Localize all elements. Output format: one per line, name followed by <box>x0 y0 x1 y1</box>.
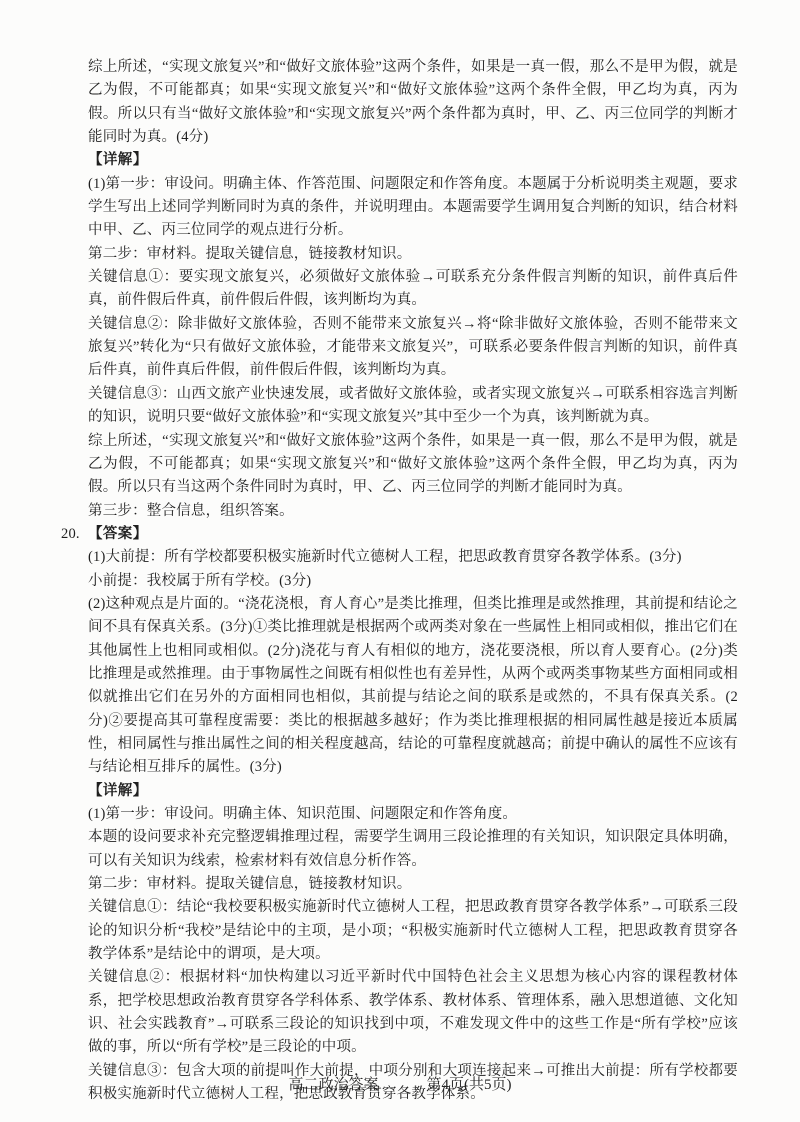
detail-label-q20: 【详解】 <box>88 780 738 803</box>
paragraph-q20-step2: 第二步：审材料。提取关键信息，链接教材知识。 <box>88 873 738 896</box>
paragraph-q19-keyinfo-1: 关键信息①：要实现文旅复兴，必须做好文旅体验→可联系充分条件假言判断的知识，前件… <box>88 266 738 313</box>
document-page: 综上所述，“实现文旅复兴”和“做好文旅体验”这两个条件，如果是一真一假，那么不是… <box>0 0 800 1122</box>
paragraph-q19-summary: 综上所述，“实现文旅复兴”和“做好文旅体验”这两个条件，如果是一真一假，那么不是… <box>88 430 738 500</box>
paragraph-q20-step1-body: 本题的设问要求补充完整逻辑推理过程，需要学生调用三段论推理的有关知识，知识限定具… <box>88 826 738 873</box>
answer-label: 【答案】 <box>88 526 148 542</box>
footer-page-number: 第4页(共5页) <box>427 1073 512 1094</box>
paragraph-q19-step3: 第三步：整合信息，组织答案。 <box>88 500 738 523</box>
answer-sheet-content: 综上所述，“实现文旅复兴”和“做好文旅体验”这两个条件，如果是一真一假，那么不是… <box>88 56 738 1106</box>
paragraph-q20-step1: (1)第一步：审设问。明确主体、知识范围、问题限定和作答角度。 <box>88 803 738 826</box>
paragraph-q20-keyinfo-1: 关键信息①：结论“我校要积极实施新时代立德树人工程，把思政教育贯穿各教学体系”→… <box>88 896 738 966</box>
detail-label-q19: 【详解】 <box>88 149 738 172</box>
page-footer: 高二政治答案 第4页(共5页) <box>0 1073 800 1094</box>
paragraph-q20-major-premise: (1)大前提：所有学校都要积极实施新时代立德树人工程，把思政教育贯穿各教学体系。… <box>88 546 738 569</box>
paragraph-q19-conclusion: 综上所述，“实现文旅复兴”和“做好文旅体验”这两个条件，如果是一真一假，那么不是… <box>88 56 738 149</box>
paragraph-q19-step1: (1)第一步：审设问。明确主体、作答范围、问题限定和作答角度。本题属于分析说明类… <box>88 173 738 243</box>
paragraph-q20-minor-premise: 小前提：我校属于所有学校。(3分) <box>88 570 738 593</box>
paragraph-q19-step2: 第二步：审材料。提取关键信息，链接教材知识。 <box>88 243 738 266</box>
paragraph-q19-keyinfo-2: 关键信息②：除非做好文旅体验，否则不能带来文旅复兴→将“除非做好文旅体验，否则不… <box>88 313 738 383</box>
question-20-answer-heading: 20.【答案】 <box>61 523 738 546</box>
question-number: 20. <box>61 523 88 546</box>
paragraph-q19-keyinfo-3: 关键信息③：山西文旅产业快速发展，或者做好文旅体验，或者实现文旅复兴→可联系相容… <box>88 383 738 430</box>
paragraph-q20-keyinfo-2: 关键信息②：根据材料“加快构建以习近平新时代中国特色社会主义思想为核心内容的课程… <box>88 966 738 1059</box>
paragraph-q20-part2-answer: (2)这种观点是片面的。“浇花浇根，育人育心”是类比推理，但类比推理是或然推理，… <box>88 593 738 780</box>
footer-doc-title: 高二政治答案 <box>288 1073 378 1094</box>
